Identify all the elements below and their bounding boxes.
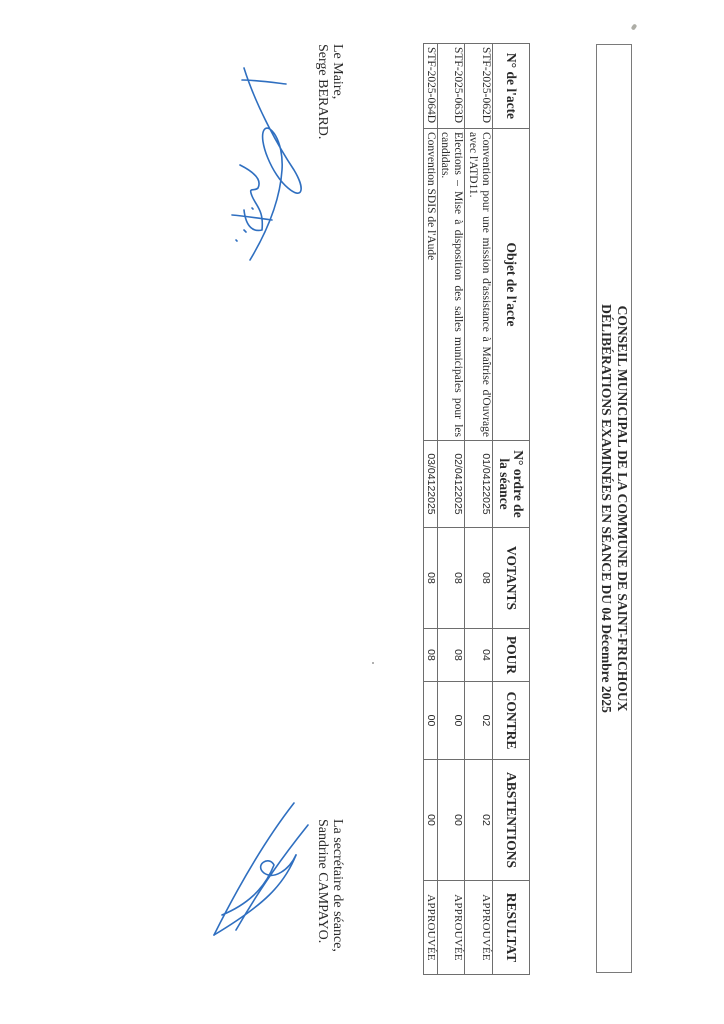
secretary-name: Sandrine CAMPAYO. <box>315 819 330 952</box>
document-title-box: CONSEIL MUNICIPAL DE LA COMMUNE DE SAINT… <box>596 44 632 973</box>
col-header-votants: VOTANTS <box>493 528 530 629</box>
cell-ordre: 03/04122025 <box>424 441 438 528</box>
cell-votants: 08 <box>438 528 465 629</box>
col-header-resultat: RESULTAT <box>493 881 530 975</box>
secretary-signature-block: La secrétaire de séance, Sandrine CAMPAY… <box>315 819 345 952</box>
cell-resultat: APPROUVÉE <box>465 881 493 975</box>
cell-votants: 08 <box>465 528 493 629</box>
cell-contre: 00 <box>424 682 438 760</box>
cell-pour: 08 <box>438 629 465 682</box>
cell-numero: STF-2025-063D <box>438 44 465 129</box>
cell-abstentions: 00 <box>424 760 438 881</box>
table-row: STF-2025-062D Convention pour une missio… <box>465 44 493 975</box>
title-line-1: CONSEIL MUNICIPAL DE LA COMMUNE DE SAINT… <box>614 45 630 972</box>
cell-pour: 08 <box>424 629 438 682</box>
table-header-row: N° de l'acte Objet de l'acte N° ordre de… <box>493 44 530 975</box>
cell-resultat: APPROUVÉE <box>424 881 438 975</box>
cell-numero: STF-2025-062D <box>465 44 493 129</box>
mayor-signature-block: Le Maire, Serge BERARD. <box>315 44 345 139</box>
col-header-ordre: N° ordre de la séance <box>493 441 530 528</box>
cell-abstentions: 02 <box>465 760 493 881</box>
col-header-contre: CONTRE <box>493 682 530 760</box>
secretary-role: La secrétaire de séance, <box>330 819 345 952</box>
col-header-objet: Objet de l'acte <box>493 129 530 441</box>
scan-artifact <box>372 662 374 664</box>
cell-ordre: 01/04122025 <box>465 441 493 528</box>
col-header-numero: N° de l'acte <box>493 44 530 129</box>
cell-votants: 08 <box>424 528 438 629</box>
mayor-role: Le Maire, <box>330 44 345 139</box>
cell-objet: Elections – Mise à disposition des salle… <box>438 129 465 441</box>
cell-contre: 00 <box>438 682 465 760</box>
cell-abstentions: 00 <box>438 760 465 881</box>
cell-ordre: 02/04122025 <box>438 441 465 528</box>
cell-contre: 02 <box>465 682 493 760</box>
col-header-abstentions: ABSTENTIONS <box>493 760 530 881</box>
rotated-document-page: CONSEIL MUNICIPAL DE LA COMMUNE DE SAINT… <box>0 0 724 1024</box>
cell-pour: 04 <box>465 629 493 682</box>
scan-artifact <box>631 23 638 30</box>
cell-objet: Convention pour une mission d'assistance… <box>465 129 493 441</box>
mayor-name: Serge BERARD. <box>315 44 330 139</box>
cell-objet: Convention SDIS de l'Aude <box>424 129 438 441</box>
deliberations-table: N° de l'acte Objet de l'acte N° ordre de… <box>423 43 530 975</box>
secretary-handwritten-signature <box>204 795 324 945</box>
table-row: STF-2025-064D Convention SDIS de l'Aude … <box>424 44 438 975</box>
table-row: STF-2025-063D Elections – Mise à disposi… <box>438 44 465 975</box>
cell-numero: STF-2025-064D <box>424 44 438 129</box>
cell-resultat: APPROUVÉE <box>438 881 465 975</box>
title-line-2: DÉLIBÉRATIONS EXAMINÉES EN SÉANCE DU 04 … <box>598 45 614 972</box>
mayor-handwritten-signature <box>224 60 324 280</box>
col-header-pour: POUR <box>493 629 530 682</box>
